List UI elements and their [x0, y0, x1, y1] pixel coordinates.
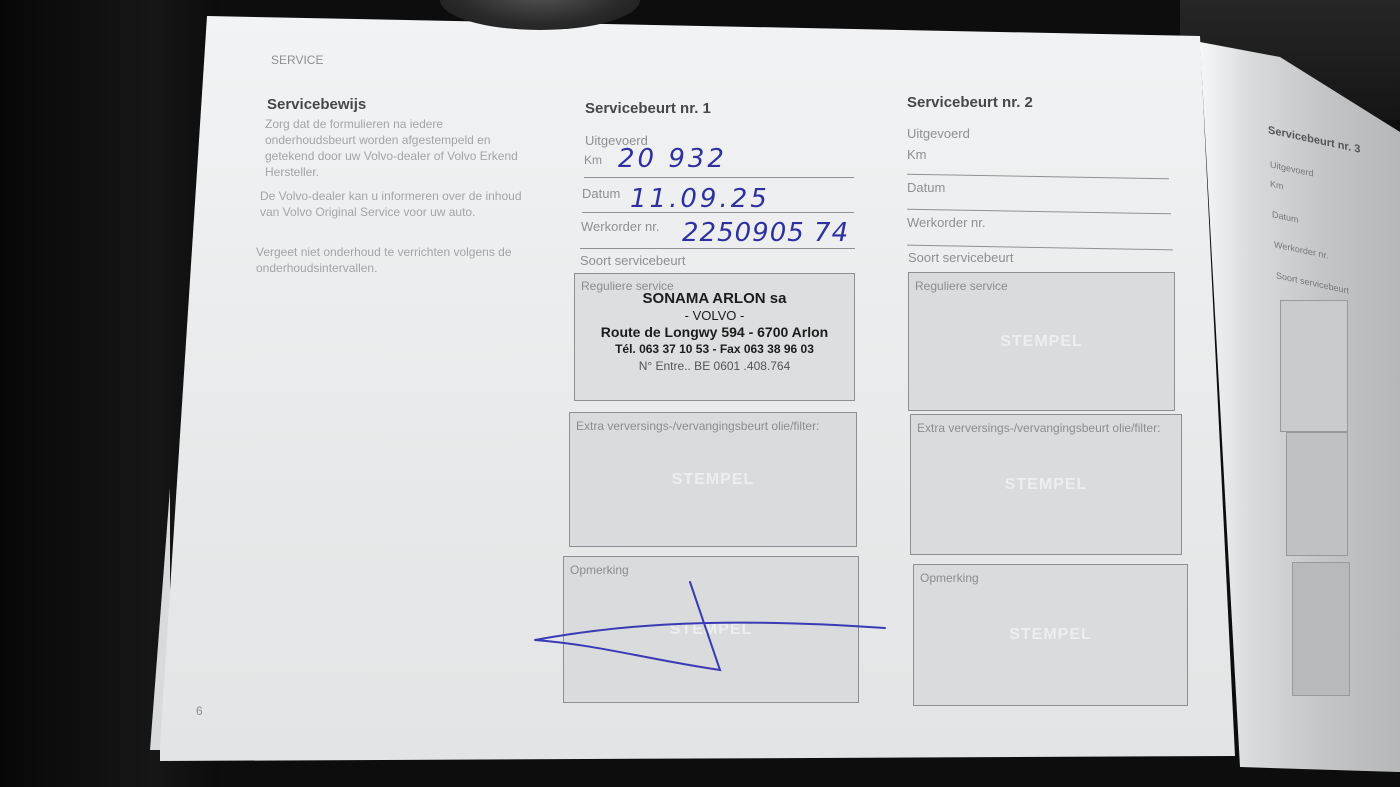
next-page-label-4: Werkorder nr. — [1274, 239, 1328, 261]
next-page-label-2: Km — [1270, 179, 1284, 192]
next-page-label-1: Uitgevoerd — [1270, 159, 1314, 178]
next-page-regular-box — [1280, 300, 1348, 432]
next-page-remark-box — [1292, 562, 1350, 696]
next-page-extra-box — [1286, 432, 1348, 556]
next-page-label-5: Soort servicebeurt — [1276, 270, 1349, 296]
next-page-title: Servicebeurt nr. 3 — [1268, 124, 1360, 156]
signature-scribble — [0, 0, 1400, 787]
next-page-label-3: Datum — [1272, 209, 1299, 225]
